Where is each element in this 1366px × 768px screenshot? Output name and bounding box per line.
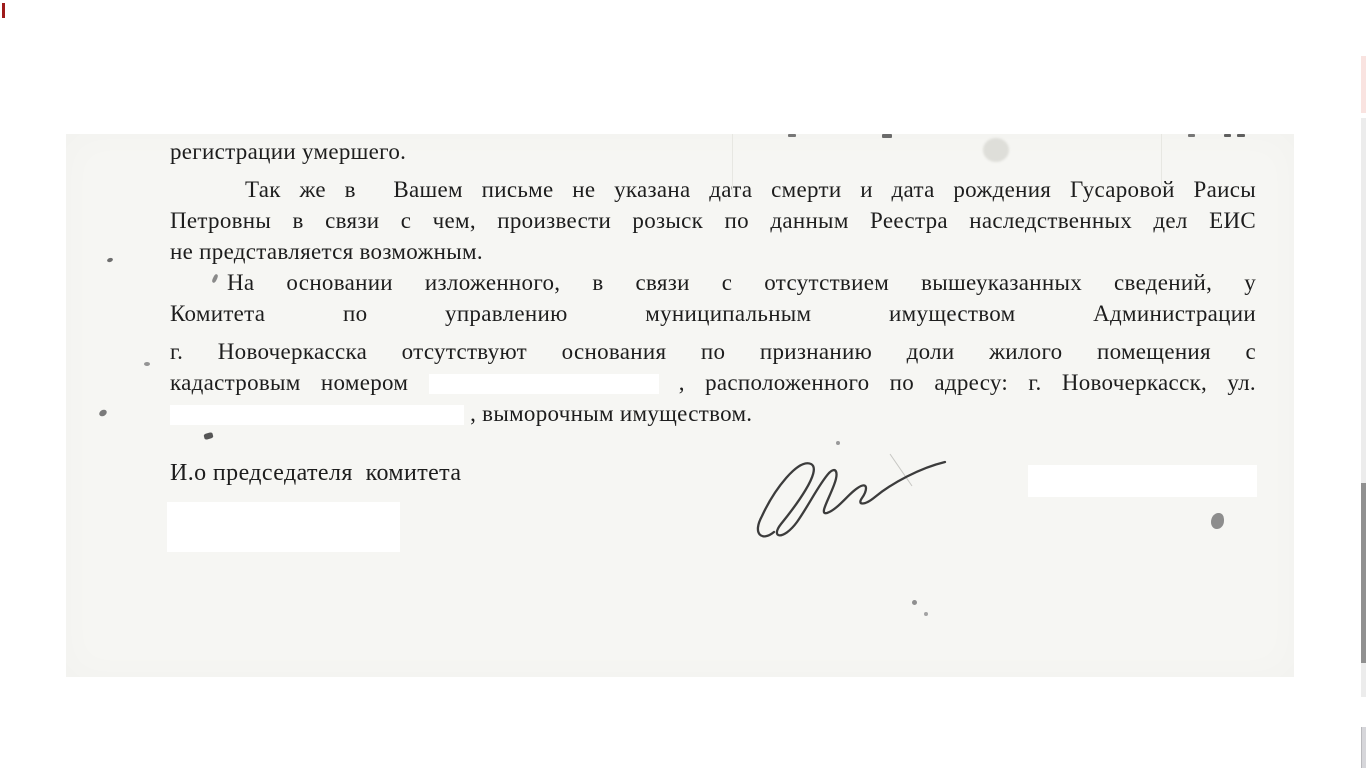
redacted-signer-name-right — [1028, 465, 1257, 497]
letter-line: Так же в Вашем письме не указана дата см… — [170, 174, 1256, 205]
scan-edge-mark — [1188, 134, 1195, 137]
scan-speck — [203, 432, 213, 440]
letter-line-text: , выморочным имуществом. — [470, 401, 752, 426]
letter-line: регистрации умершего. — [170, 136, 1256, 167]
scan-edge-mark — [788, 134, 796, 137]
scan-speck — [144, 362, 150, 366]
letter-line: Комитета по управлению муниципальным иму… — [170, 298, 1256, 329]
scan-smudge — [983, 138, 1009, 162]
scrollbar-bottom-segment[interactable] — [1361, 727, 1366, 768]
letter-line: На основании изложенного, в связи с отсу… — [170, 267, 1256, 298]
letter-line-text: , расположенного по адресу: г. Новочерка… — [679, 370, 1256, 395]
red-cursor-artifact — [2, 3, 5, 18]
scan-speck — [912, 600, 917, 605]
letter-line: , выморочным имуществом. — [170, 398, 1256, 429]
handwritten-signature — [740, 442, 960, 552]
scan-speck — [98, 408, 108, 417]
redacted-signer-name-left — [167, 502, 400, 552]
scan-speck — [924, 612, 928, 616]
letter-line-text: кадастровым номером — [170, 370, 408, 395]
letter-line: кадастровым номером , расположенного по … — [170, 367, 1256, 398]
letter-line: не представляется возможным. — [170, 236, 1256, 267]
scan-edge-mark — [1224, 134, 1231, 137]
scan-crease — [732, 134, 733, 196]
scan-edge-mark — [1237, 134, 1245, 137]
letter-body: регистрации умершего. Так же в Вашем пис… — [170, 136, 1256, 429]
scan-crease — [1161, 134, 1162, 190]
redacted-cadastral-number — [429, 374, 659, 394]
letter-line: г. Новочеркасска отсутствуют основания п… — [170, 336, 1256, 367]
scrollbar-thumb[interactable] — [1361, 483, 1366, 663]
signoff-title: И.о председателя комитета — [170, 458, 461, 488]
scanned-letter: регистрации умершего. Так же в Вашем пис… — [66, 134, 1294, 677]
ink-blot — [1211, 513, 1224, 529]
edge-pink-marker — [1361, 56, 1366, 113]
letter-line: Петровны в связи с чем, произвести розыс… — [170, 205, 1256, 236]
redacted-address — [170, 405, 464, 425]
scan-edge-mark — [882, 134, 892, 138]
scan-speck — [106, 257, 113, 263]
scan-speck — [836, 441, 840, 445]
